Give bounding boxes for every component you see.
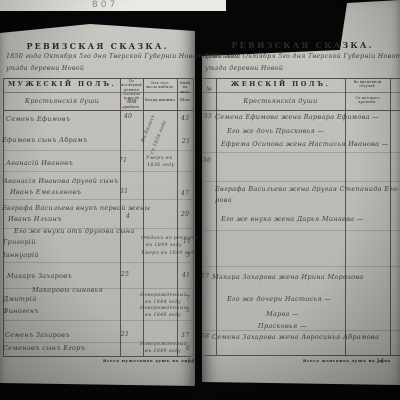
table-rule: [203, 152, 400, 153]
row-name: Семеновъ сынъ Егоръ: [3, 344, 85, 352]
entry-text: Прасковья —: [258, 322, 307, 330]
footer-total-value: 14: [376, 358, 384, 365]
table-rule: [3, 171, 193, 172]
row-age-now: 5: [186, 307, 190, 314]
row-age-now: 37: [181, 332, 189, 339]
table-rule: [203, 78, 400, 79]
row-age-now: 3: [186, 252, 190, 259]
row-name: Иванъ Емельяновъ: [10, 188, 81, 196]
table-rule: [203, 230, 400, 231]
table-rule: [3, 92, 193, 93]
revision-date-line: 1850 года Октября 5го дня Тверской Губер…: [6, 53, 238, 60]
row-age-now: 11: [183, 238, 191, 245]
table-rule: [3, 199, 193, 200]
table-rule: [3, 78, 193, 79]
row-age-last: 31: [120, 188, 128, 195]
row-name: Григорій: [3, 238, 36, 246]
row-age-now: 6: [186, 345, 190, 352]
left-page: [0, 0, 195, 400]
table-rule: [3, 150, 193, 151]
table-rule: [203, 355, 400, 356]
row-name: Макаръ Захаровъ: [7, 272, 72, 280]
revision-date-line: 1850 года Октября 5го дня Тверской Губер…: [205, 53, 400, 60]
row-note: Новорожденный: [140, 342, 187, 348]
row-age-now: 41: [182, 272, 190, 279]
row-name: Финогенъ: [3, 307, 39, 315]
row-name: Ефимовъ сынъ Абрамъ: [2, 136, 87, 144]
column-header-absence: Во временной отлучкѣ.: [347, 80, 388, 89]
scanned-revision-list: 807 РЕВИЗСКАЯ СКАЗКА. 1850 года Октября …: [0, 0, 400, 400]
entry-text: Макара Захарова жена Ирина Морозова: [212, 273, 364, 281]
table-rule: [120, 78, 121, 356]
row-age-now: 43: [181, 115, 189, 122]
footer-total-value: 14: [187, 358, 195, 365]
row-note: въ 1849 году: [146, 243, 182, 249]
column-subheader-since: Съ котораго времени.: [347, 96, 388, 105]
entry-number: 57: [201, 273, 209, 280]
column-subheader-years: Лѣта.: [178, 97, 192, 102]
entry-text: Ефрема Осипова жена Настасья Иванова —: [221, 140, 389, 148]
row-note: Новорожденный: [140, 306, 187, 312]
column-header-present: Нынѣ на лицо.: [178, 81, 192, 94]
row-age-now: 21: [182, 138, 190, 145]
entry-text: Семена Захарова жена Аѳросинья Абрамова: [212, 333, 379, 341]
page-title: РЕВИЗСКАЯ СКАЗКА.: [215, 40, 390, 50]
column-subheader-when: Когда именно.: [145, 97, 175, 102]
table-rule: [3, 320, 193, 321]
row-name: Іаннуарій: [3, 251, 39, 259]
column-subheader-years: Лѣта.: [121, 97, 142, 102]
table-rule: [203, 92, 400, 93]
table-rule: [203, 110, 400, 111]
table-rule: [143, 78, 144, 356]
row-age-now: 47: [181, 190, 189, 197]
row-name: Семенъ Ефимовъ: [6, 115, 70, 123]
row-age-last: 21: [121, 331, 129, 338]
row-age-last: 4: [126, 213, 130, 220]
column-header-male: МУЖЕСКІЙ ПОЛЪ.: [4, 80, 120, 88]
table-rule: [3, 356, 193, 357]
row-note: въ 1849 году: [145, 349, 181, 355]
row-age-now: 20: [181, 211, 189, 218]
table-rule: [3, 262, 193, 263]
entry-number: 58: [201, 333, 209, 340]
row-name: Евграфа Васильева внукъ первой жены: [2, 204, 150, 212]
row-name: Семенъ Захаровъ: [5, 331, 70, 339]
row-name: Дмитрій: [3, 295, 37, 303]
row-age-last: 25: [121, 271, 129, 278]
row-note: Новорожденный: [140, 293, 187, 299]
revision-date-line: уѣзда деревни Новой: [6, 65, 84, 72]
row-note: въ 1844 году: [145, 300, 181, 306]
table-rule: [390, 78, 391, 355]
table-rule: [203, 330, 400, 331]
entry-text: Его же дочь Прасковья —: [227, 127, 324, 135]
row-age-last: 40: [124, 113, 132, 120]
page-title: РЕВИЗСКАЯ СКАЗКА.: [10, 41, 185, 51]
entry-text: Евграфа Васильева жена другая Степанида …: [215, 185, 400, 193]
column-header-departed: Изъ того числа выбыло.: [145, 81, 175, 90]
row-note: 1836 году: [147, 163, 175, 169]
entry-text: рова: [215, 196, 232, 204]
entry-text: Семена Ефимова жена Варвара Ефимова —: [215, 113, 379, 121]
table-rule: [3, 110, 193, 111]
entry-number: 55: [204, 113, 212, 120]
section-heading: Крестьянскія души: [4, 97, 120, 105]
column-header-number: №: [206, 86, 212, 93]
row-name: Аѳанасія Иванова другой сынъ: [3, 177, 118, 185]
row-note: Умеръ въ: [146, 156, 172, 162]
row-subheading: Макаровы сыновья: [32, 286, 103, 294]
footer-total-label: Всего мужескихъ душъ на лицо: [103, 358, 195, 363]
row-name: Аѳанасій Ивановъ: [6, 159, 73, 167]
row-name: Иванъ Ильинъ: [8, 215, 62, 223]
row-name: Его же внуки отъ другова сына: [14, 227, 135, 235]
folio-number: 807: [92, 0, 118, 10]
entry-text: Его же внука жена Дарья Минаева —: [221, 215, 364, 223]
column-header-female: ЖЕНСКІЙ ПОЛЪ.: [216, 80, 345, 88]
entry-number: 56: [203, 157, 211, 164]
entry-text: Его же дочери Настасья —: [227, 295, 331, 303]
section-heading: Крестьянскія души: [216, 97, 345, 105]
row-age-now: 7: [186, 295, 190, 302]
table-rule: [193, 78, 194, 356]
column-header-last-revision: По послѣдней ревизіи состояло и послѣ он…: [121, 79, 142, 109]
row-age-last: 71: [119, 157, 127, 164]
revision-date-line: уѣзда деревни Новой: [205, 65, 283, 72]
table-rule: [203, 181, 400, 182]
table-rule: [203, 266, 400, 267]
entry-text: Марѳа —: [266, 310, 299, 318]
row-note: въ 1846 году: [145, 313, 181, 319]
